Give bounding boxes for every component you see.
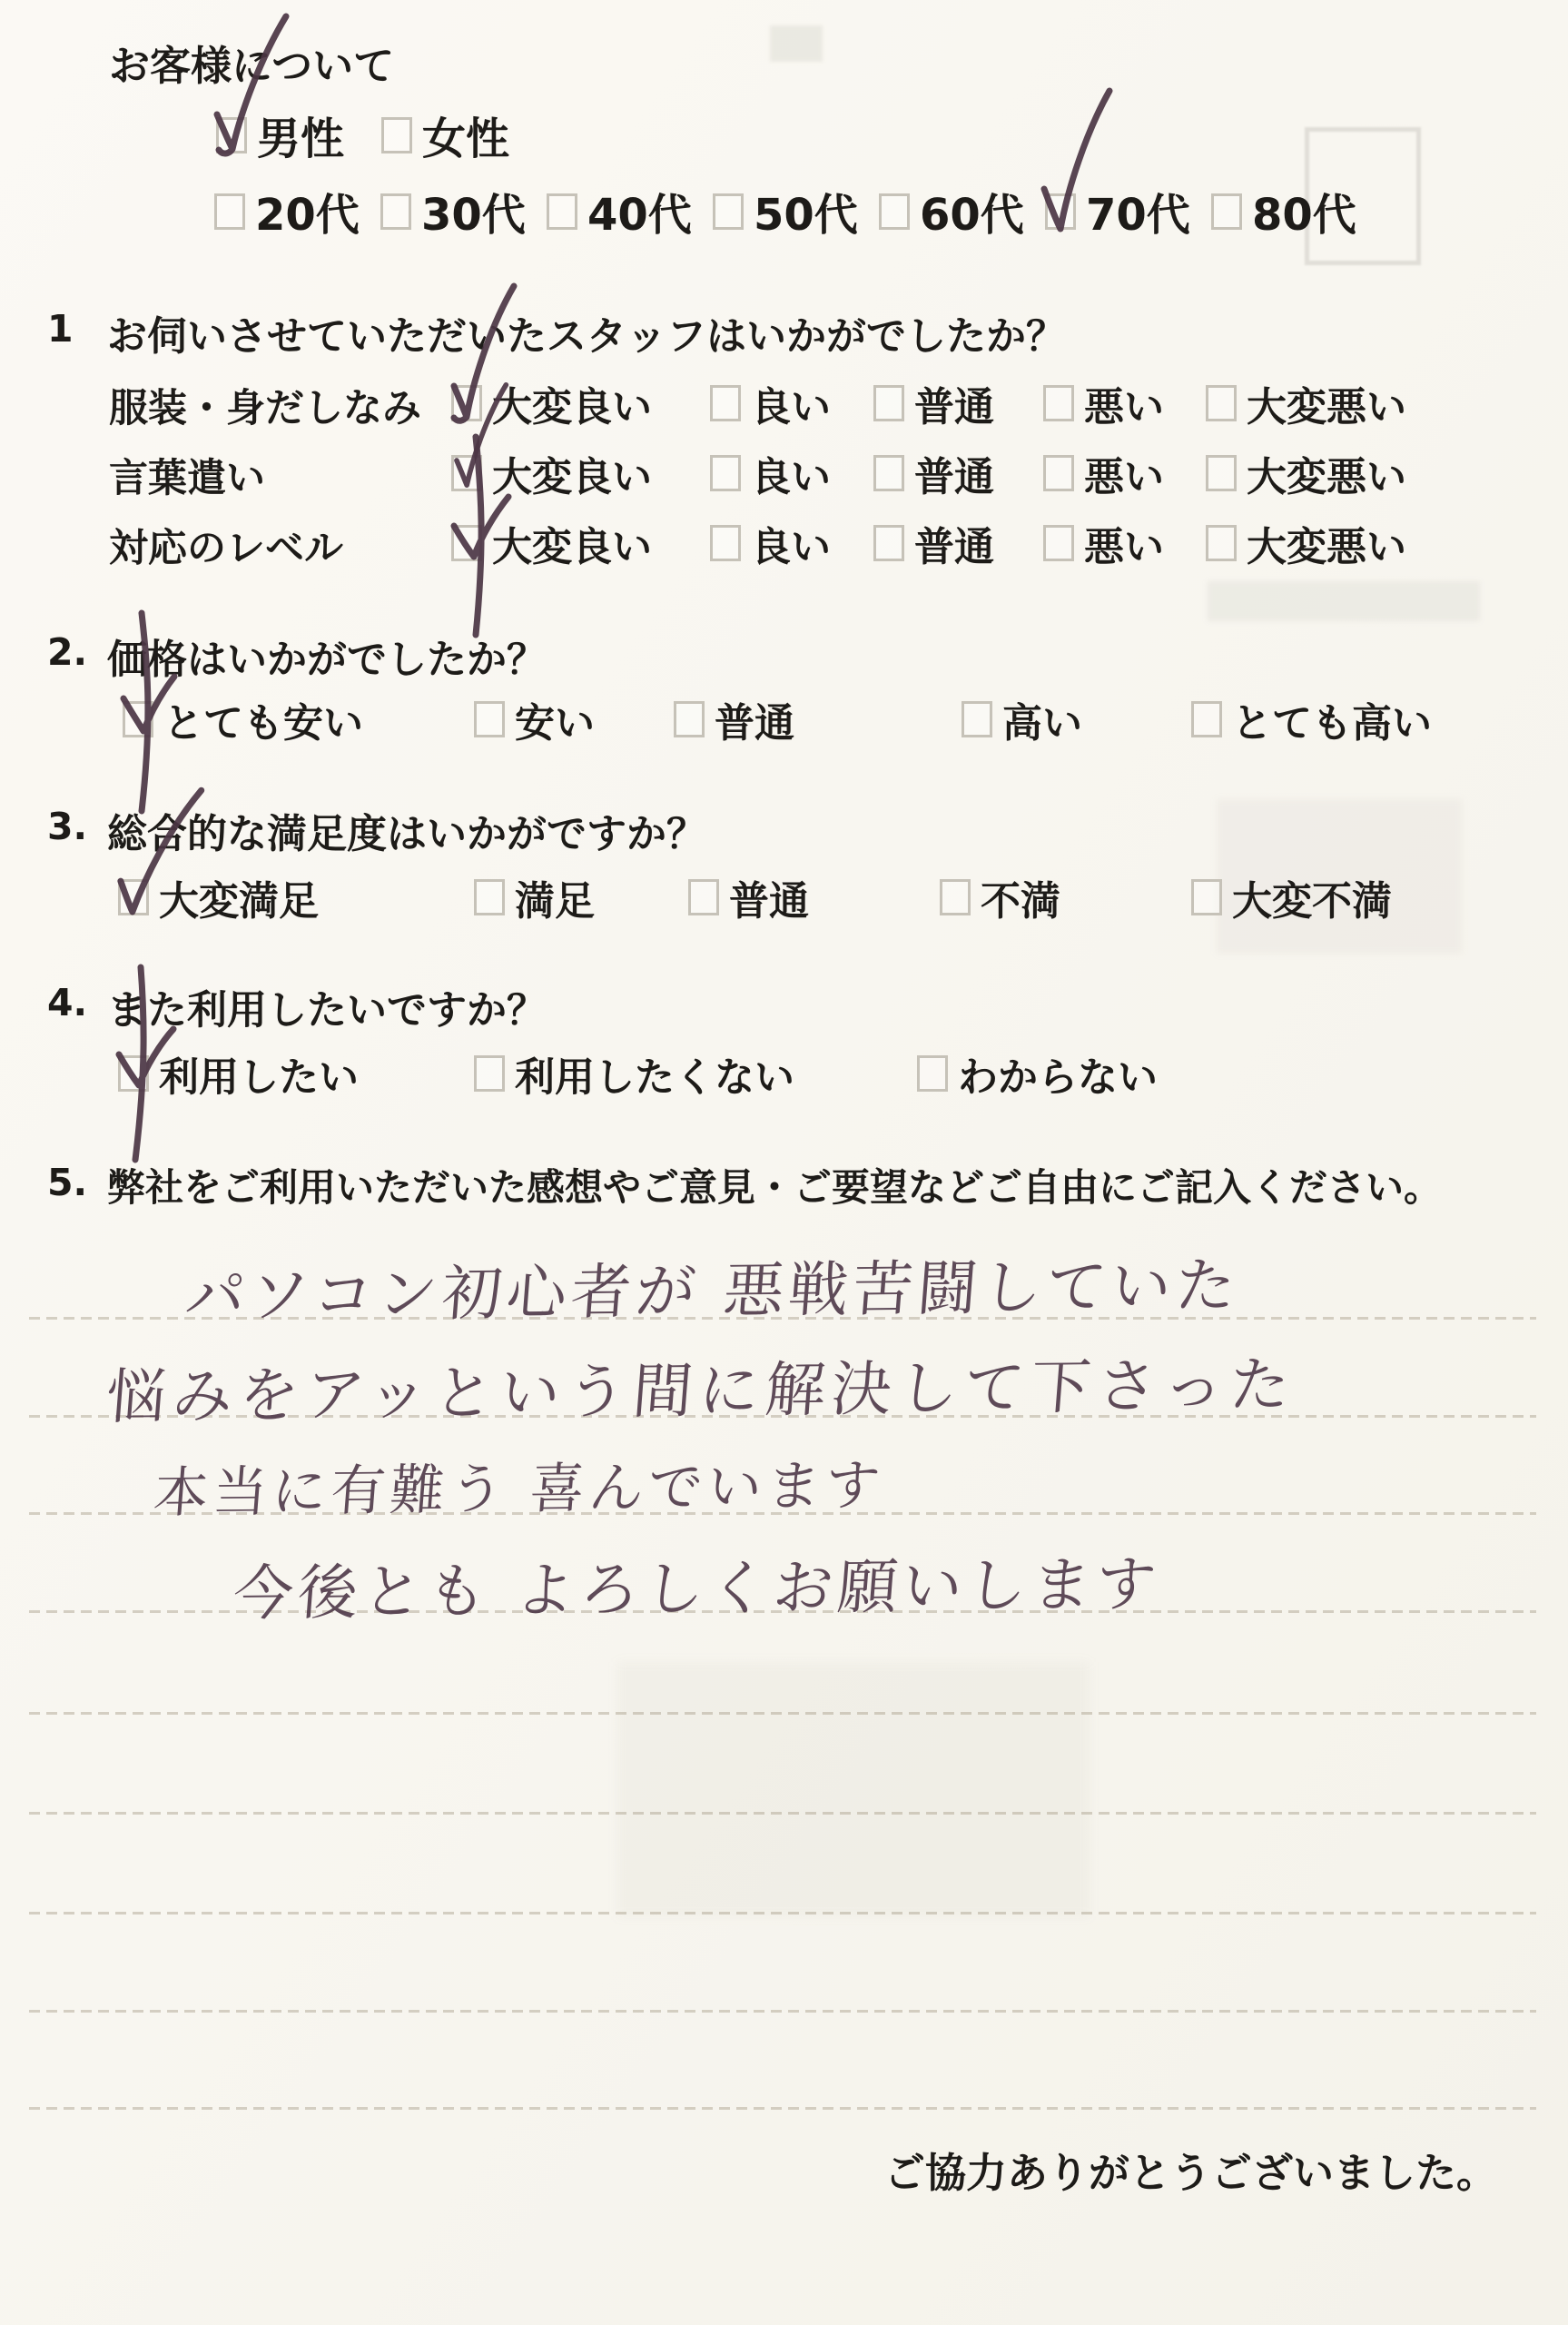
option-label: 男性 — [257, 104, 344, 166]
checkbox-q4-dont-want[interactable] — [474, 1055, 505, 1092]
checkbox-q1-appearance-verybad[interactable] — [1206, 385, 1237, 421]
option-bad: 悪い — [1043, 514, 1164, 572]
option-label: 普通 — [914, 444, 994, 502]
q1-number: 1 — [47, 307, 74, 351]
age-options-row: 20代 30代 40代 50代 60代 70代 80代 — [0, 180, 1568, 231]
option-unsure: わからない — [917, 1044, 1158, 1103]
q4-title: また利用したいですか？ — [107, 977, 547, 1035]
bleedthrough-mark — [617, 1662, 1090, 1916]
option-label: とても安い — [163, 690, 363, 748]
option-normal: 普通 — [873, 374, 994, 432]
q4-number: 4. — [47, 981, 87, 1024]
bleedthrough-mark — [1208, 581, 1480, 621]
checkbox-50s[interactable] — [713, 193, 744, 230]
checkbox-80s[interactable] — [1211, 193, 1242, 230]
q2-title: 価格はいかがでしたか？ — [107, 627, 547, 685]
q1-language-options-row: 大変良い 良い 普通 悪い 大変悪い — [0, 444, 1568, 495]
option-50s: 50代 — [713, 180, 858, 242]
option-expensive: 高い — [962, 690, 1082, 748]
checkbox-male[interactable] — [216, 117, 247, 153]
option-label: 悪い — [1084, 514, 1164, 572]
option-label: 普通 — [914, 514, 994, 572]
checkbox-q3-verysatisfied[interactable] — [118, 879, 149, 915]
checkbox-q1-response-verybad[interactable] — [1206, 525, 1237, 561]
checkbox-q1-appearance-bad[interactable] — [1043, 385, 1074, 421]
option-label: 30代 — [421, 180, 526, 242]
checkbox-q1-language-normal[interactable] — [873, 455, 904, 491]
checkbox-q1-response-verygood[interactable] — [451, 525, 482, 561]
option-normal: 普通 — [873, 514, 994, 572]
option-30s: 30代 — [380, 180, 526, 242]
option-bad: 悪い — [1043, 444, 1164, 502]
option-verygood: 大変良い — [451, 514, 652, 572]
checkbox-q4-want[interactable] — [118, 1055, 149, 1092]
option-dissatisfied: 不満 — [940, 868, 1060, 926]
checkbox-q1-appearance-normal[interactable] — [873, 385, 904, 421]
checkbox-q2-cheap[interactable] — [474, 701, 505, 737]
q1-title: お伺いさせていただいたスタッフはいかがでしたか？ — [107, 303, 1066, 361]
checkbox-q1-appearance-good[interactable] — [710, 385, 741, 421]
option-70s: 70代 — [1045, 180, 1190, 242]
option-label: 普通 — [914, 374, 994, 432]
q4-options-row: 利用したい 利用したくない わからない — [0, 1044, 1568, 1095]
option-label: 普通 — [715, 690, 794, 748]
option-dont-want: 利用したくない — [474, 1044, 794, 1103]
option-satisfied: 満足 — [474, 868, 595, 926]
q1-response-options-row: 大変良い 良い 普通 悪い 大変悪い — [0, 514, 1568, 565]
option-label: 普通 — [729, 868, 809, 926]
checkbox-q2-normal[interactable] — [674, 701, 705, 737]
option-label: 大変良い — [492, 374, 652, 432]
option-verybad: 大変悪い — [1206, 514, 1406, 572]
checkbox-q3-normal[interactable] — [688, 879, 719, 915]
checkbox-70s[interactable] — [1045, 193, 1076, 230]
option-label: 不満 — [981, 868, 1060, 926]
option-label: 高い — [1002, 690, 1082, 748]
option-label: 大変不満 — [1232, 868, 1392, 926]
q3-title: 総合的な満足度はいかがですか？ — [107, 801, 706, 859]
checkbox-q1-language-good[interactable] — [710, 455, 741, 491]
option-good: 良い — [710, 444, 831, 502]
option-label: 安い — [515, 690, 595, 748]
checkbox-60s[interactable] — [879, 193, 910, 230]
checkbox-40s[interactable] — [547, 193, 577, 230]
checkbox-q4-unsure[interactable] — [917, 1055, 948, 1092]
checkbox-20s[interactable] — [214, 193, 245, 230]
checkbox-q2-veryexpensive[interactable] — [1191, 701, 1222, 737]
option-female: 女性 — [381, 104, 509, 166]
handwritten-comment-line: パソコン初心者が 悪戦苦闘していた — [182, 1237, 1244, 1334]
option-label: 70代 — [1086, 180, 1190, 242]
option-20s: 20代 — [214, 180, 360, 242]
option-label: 満足 — [515, 868, 595, 926]
comment-rule-line — [29, 1812, 1536, 1815]
option-normal: 普通 — [688, 868, 809, 926]
option-label: とても高い — [1232, 690, 1432, 748]
handwritten-comment-line: 今後とも よろしくお願いします — [231, 1536, 1164, 1632]
handwritten-comment-line: 悩みをアッという間に解決して下さった — [104, 1336, 1300, 1435]
option-want-to-use: 利用したい — [118, 1044, 359, 1103]
option-label: 悪い — [1084, 444, 1164, 502]
option-label: 大変悪い — [1247, 444, 1406, 502]
checkbox-30s[interactable] — [380, 193, 411, 230]
checkbox-q1-language-verybad[interactable] — [1206, 455, 1237, 491]
checkbox-female[interactable] — [381, 117, 412, 153]
option-bad: 悪い — [1043, 374, 1164, 432]
handwritten-comment-line: 本当に有難う 喜んでいます — [151, 1442, 887, 1528]
q1-appearance-options-row: 大変良い 良い 普通 悪い 大変悪い — [0, 374, 1568, 425]
option-label: 大変悪い — [1247, 374, 1406, 432]
checkbox-q1-appearance-verygood[interactable] — [451, 385, 482, 421]
checkbox-q2-verycheap[interactable] — [123, 701, 153, 737]
checkbox-q1-response-normal[interactable] — [873, 525, 904, 561]
checkbox-q1-response-bad[interactable] — [1043, 525, 1074, 561]
option-label: 良い — [751, 444, 831, 502]
option-verygood: 大変良い — [451, 374, 652, 432]
checkbox-q3-satisfied[interactable] — [474, 879, 505, 915]
comment-rule-line — [29, 1712, 1536, 1715]
option-label: 女性 — [422, 104, 509, 166]
q3-number: 3. — [47, 805, 87, 848]
option-good: 良い — [710, 514, 831, 572]
option-cheap: 安い — [474, 690, 595, 748]
option-normal: 普通 — [873, 444, 994, 502]
option-label: 大変満足 — [159, 868, 319, 926]
option-verydissatisfied: 大変不満 — [1191, 868, 1392, 926]
option-label: 悪い — [1084, 374, 1164, 432]
option-normal: 普通 — [674, 690, 794, 748]
option-label: 良い — [751, 514, 831, 572]
bleedthrough-mark — [770, 25, 823, 62]
option-good: 良い — [710, 374, 831, 432]
gender-options-row: 男性 女性 — [0, 104, 1568, 154]
option-60s: 60代 — [879, 180, 1024, 242]
survey-scan-page: お客様について 男性 女性 20代 30代 40代 50代 — [0, 0, 1568, 2325]
q2-options-row: とても安い 安い 普通 高い とても高い — [0, 690, 1568, 741]
option-label: 60代 — [920, 180, 1024, 242]
q3-options-row: 大変満足 満足 普通 不満 大変不満 — [0, 868, 1568, 919]
option-veryexpensive: とても高い — [1191, 690, 1432, 748]
checkbox-q1-language-bad[interactable] — [1043, 455, 1074, 491]
option-40s: 40代 — [547, 180, 692, 242]
checkbox-q1-response-good[interactable] — [710, 525, 741, 561]
option-80s: 80代 — [1211, 180, 1356, 242]
comment-rule-line — [29, 1912, 1536, 1914]
option-verycheap: とても安い — [123, 690, 363, 748]
option-label: わからない — [958, 1044, 1158, 1103]
checkbox-q3-verydissatisfied[interactable] — [1191, 879, 1222, 915]
option-label: 40代 — [587, 180, 692, 242]
customer-section-title: お客様について — [109, 33, 394, 92]
option-male: 男性 — [216, 104, 344, 166]
option-label: 利用したい — [159, 1044, 359, 1103]
option-verybad: 大変悪い — [1206, 444, 1406, 502]
q2-number: 2. — [47, 630, 87, 674]
comment-rule-line — [29, 2010, 1536, 2013]
option-label: 良い — [751, 374, 831, 432]
option-label: 80代 — [1252, 180, 1356, 242]
checkbox-q1-language-verygood[interactable] — [451, 455, 482, 491]
q5-title: 弊社をご利用いただいた感想やご意見・ご要望などご自由にご記入ください。 — [107, 1158, 1442, 1212]
option-label: 大変悪い — [1247, 514, 1406, 572]
option-verysatisfied: 大変満足 — [118, 868, 319, 926]
comment-rule-line — [29, 2107, 1536, 2110]
checkbox-q3-dissatisfied[interactable] — [940, 879, 971, 915]
option-label: 利用したくない — [515, 1044, 794, 1103]
checkbox-q2-expensive[interactable] — [962, 701, 992, 737]
thank-you-text: ご協力ありがとうございました。 — [884, 2140, 1497, 2199]
option-label: 50代 — [754, 180, 858, 242]
option-label: 大変良い — [492, 444, 652, 502]
option-label: 大変良い — [492, 514, 652, 572]
option-verybad: 大変悪い — [1206, 374, 1406, 432]
option-label: 20代 — [255, 180, 360, 242]
option-verygood: 大変良い — [451, 444, 652, 502]
q5-number: 5. — [47, 1161, 87, 1204]
